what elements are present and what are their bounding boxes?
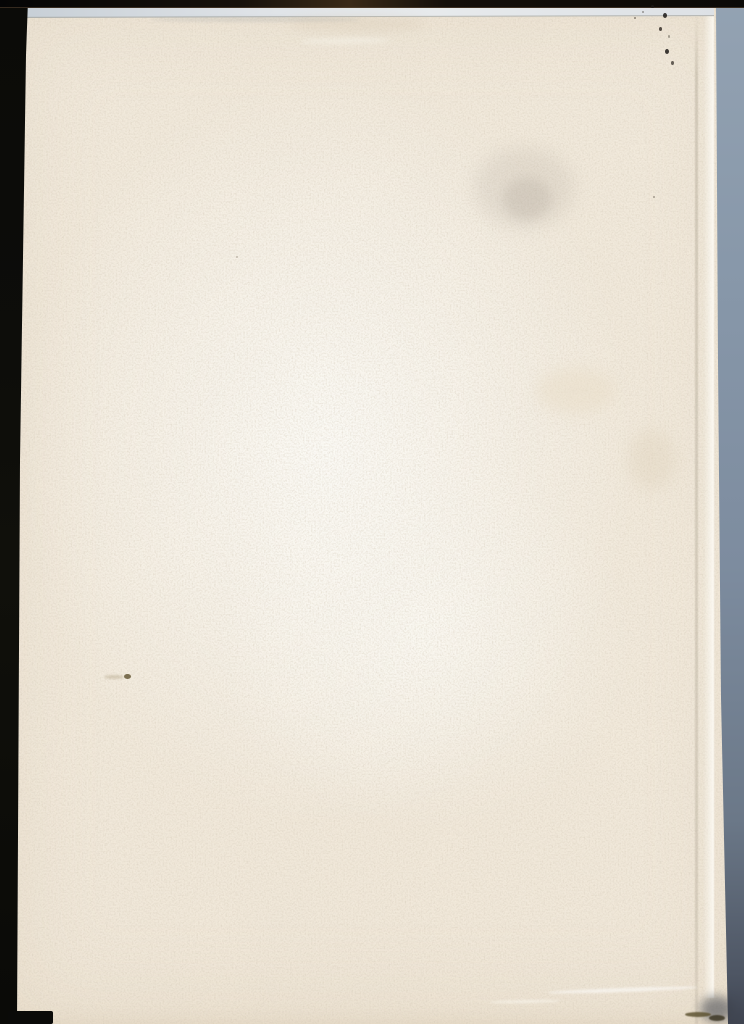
scanned-document [0,0,744,1024]
scanner-top-bar [0,0,744,8]
paper-grain-texture [0,0,744,1024]
page-fold-line [695,14,698,1024]
page-edge-highlight [703,8,714,998]
blank-page [0,0,744,1024]
